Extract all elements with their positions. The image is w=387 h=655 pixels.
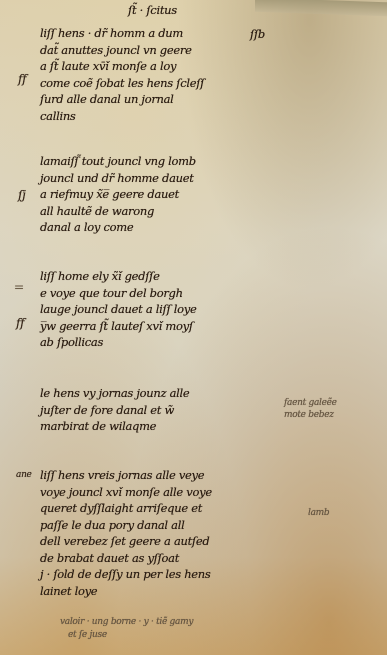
- entry-4: le hens vy jornas jounz alle juſter de f…: [40, 385, 189, 435]
- entry-line: dell verebez ſet geere a autſed: [40, 533, 212, 550]
- entry-line: come coẽ ſobat les hens ſcleſſ: [40, 75, 204, 92]
- page-heading: ſt̃ · ſcitus: [128, 3, 177, 17]
- entry-line: callins: [40, 108, 204, 125]
- entry-line: e voye que tour del borgh: [40, 285, 197, 302]
- margin-mark: ff: [18, 72, 26, 86]
- entry-2: lamaiſſ̃ tout jouncl vng lomb jouncl und…: [40, 153, 196, 236]
- entry-line: voye jouncl xvǐ monſe alle voye: [40, 484, 212, 501]
- entry-line: lauge jouncl dauet a liſſ loye: [40, 301, 197, 318]
- entry-3: liſſ home ely x̃ǐ gedſſe e voye que tour…: [40, 268, 197, 351]
- entry-line: marbirat de wilaqme: [40, 418, 189, 435]
- margin-mark: ff: [16, 316, 24, 330]
- top-right-note: ſſb: [250, 27, 265, 41]
- entry-line: a ſt̃ laute xv̄ǐ monſe a loy: [40, 58, 204, 75]
- margin-mark: ane: [16, 470, 32, 480]
- margin-mark: =: [14, 280, 24, 294]
- entry-line: liſſ hens vreis jornas alle veye: [40, 467, 212, 484]
- side-note: lamb: [308, 508, 329, 518]
- entry-line: ab ſpollicas: [40, 334, 197, 351]
- entry-line: dat̃ anuttes jouncl vn geere: [40, 42, 204, 59]
- entry-line: all haultẽ de warong: [40, 203, 196, 220]
- entry-line: lainet loye: [40, 583, 212, 600]
- entry-line: a riefmuy x̃e̅ geere dauet: [40, 186, 196, 203]
- addendum-line: et ſe juse: [68, 630, 107, 640]
- entry-line: j · ſold de deſſy un per les hens: [40, 566, 212, 583]
- side-note: faent galeẽe: [284, 398, 337, 408]
- entry-line: danal a loy come: [40, 219, 196, 236]
- entry-line: le hens vy jornas jounz alle: [40, 385, 189, 402]
- margin-mark: ſj: [18, 188, 26, 202]
- entry-line: y̅w geerra ſt̃ lauteſ xvǐ moyſ: [40, 318, 197, 335]
- addendum-line: valoir · ung borne · y · tiẽ gamy: [60, 617, 193, 627]
- side-note: mote bebez: [284, 410, 334, 420]
- entry-line: liſſ hens · dr̃ homm a dum: [40, 25, 204, 42]
- entry-line: lamaiſſ̃ tout jouncl vng lomb: [40, 153, 196, 170]
- entry-1: liſſ hens · dr̃ homm a dum dat̃ anuttes …: [40, 25, 204, 124]
- entry-line: paſſe le dua pory danal all: [40, 517, 212, 534]
- entry-line: liſſ home ely x̃ǐ gedſſe: [40, 268, 197, 285]
- entry-line: juſter de fore danal et w̃: [40, 402, 189, 419]
- entry-line: ſurd alle danal un jornal: [40, 91, 204, 108]
- entry-line: queret dyſſlaight arriſeque et: [40, 500, 212, 517]
- entry-line: jouncl und dr̃ homme dauet: [40, 170, 196, 187]
- entry-5: liſſ hens vreis jornas alle veye voye jo…: [40, 467, 212, 599]
- entry-line: de brabat dauet as yſſoat: [40, 550, 212, 567]
